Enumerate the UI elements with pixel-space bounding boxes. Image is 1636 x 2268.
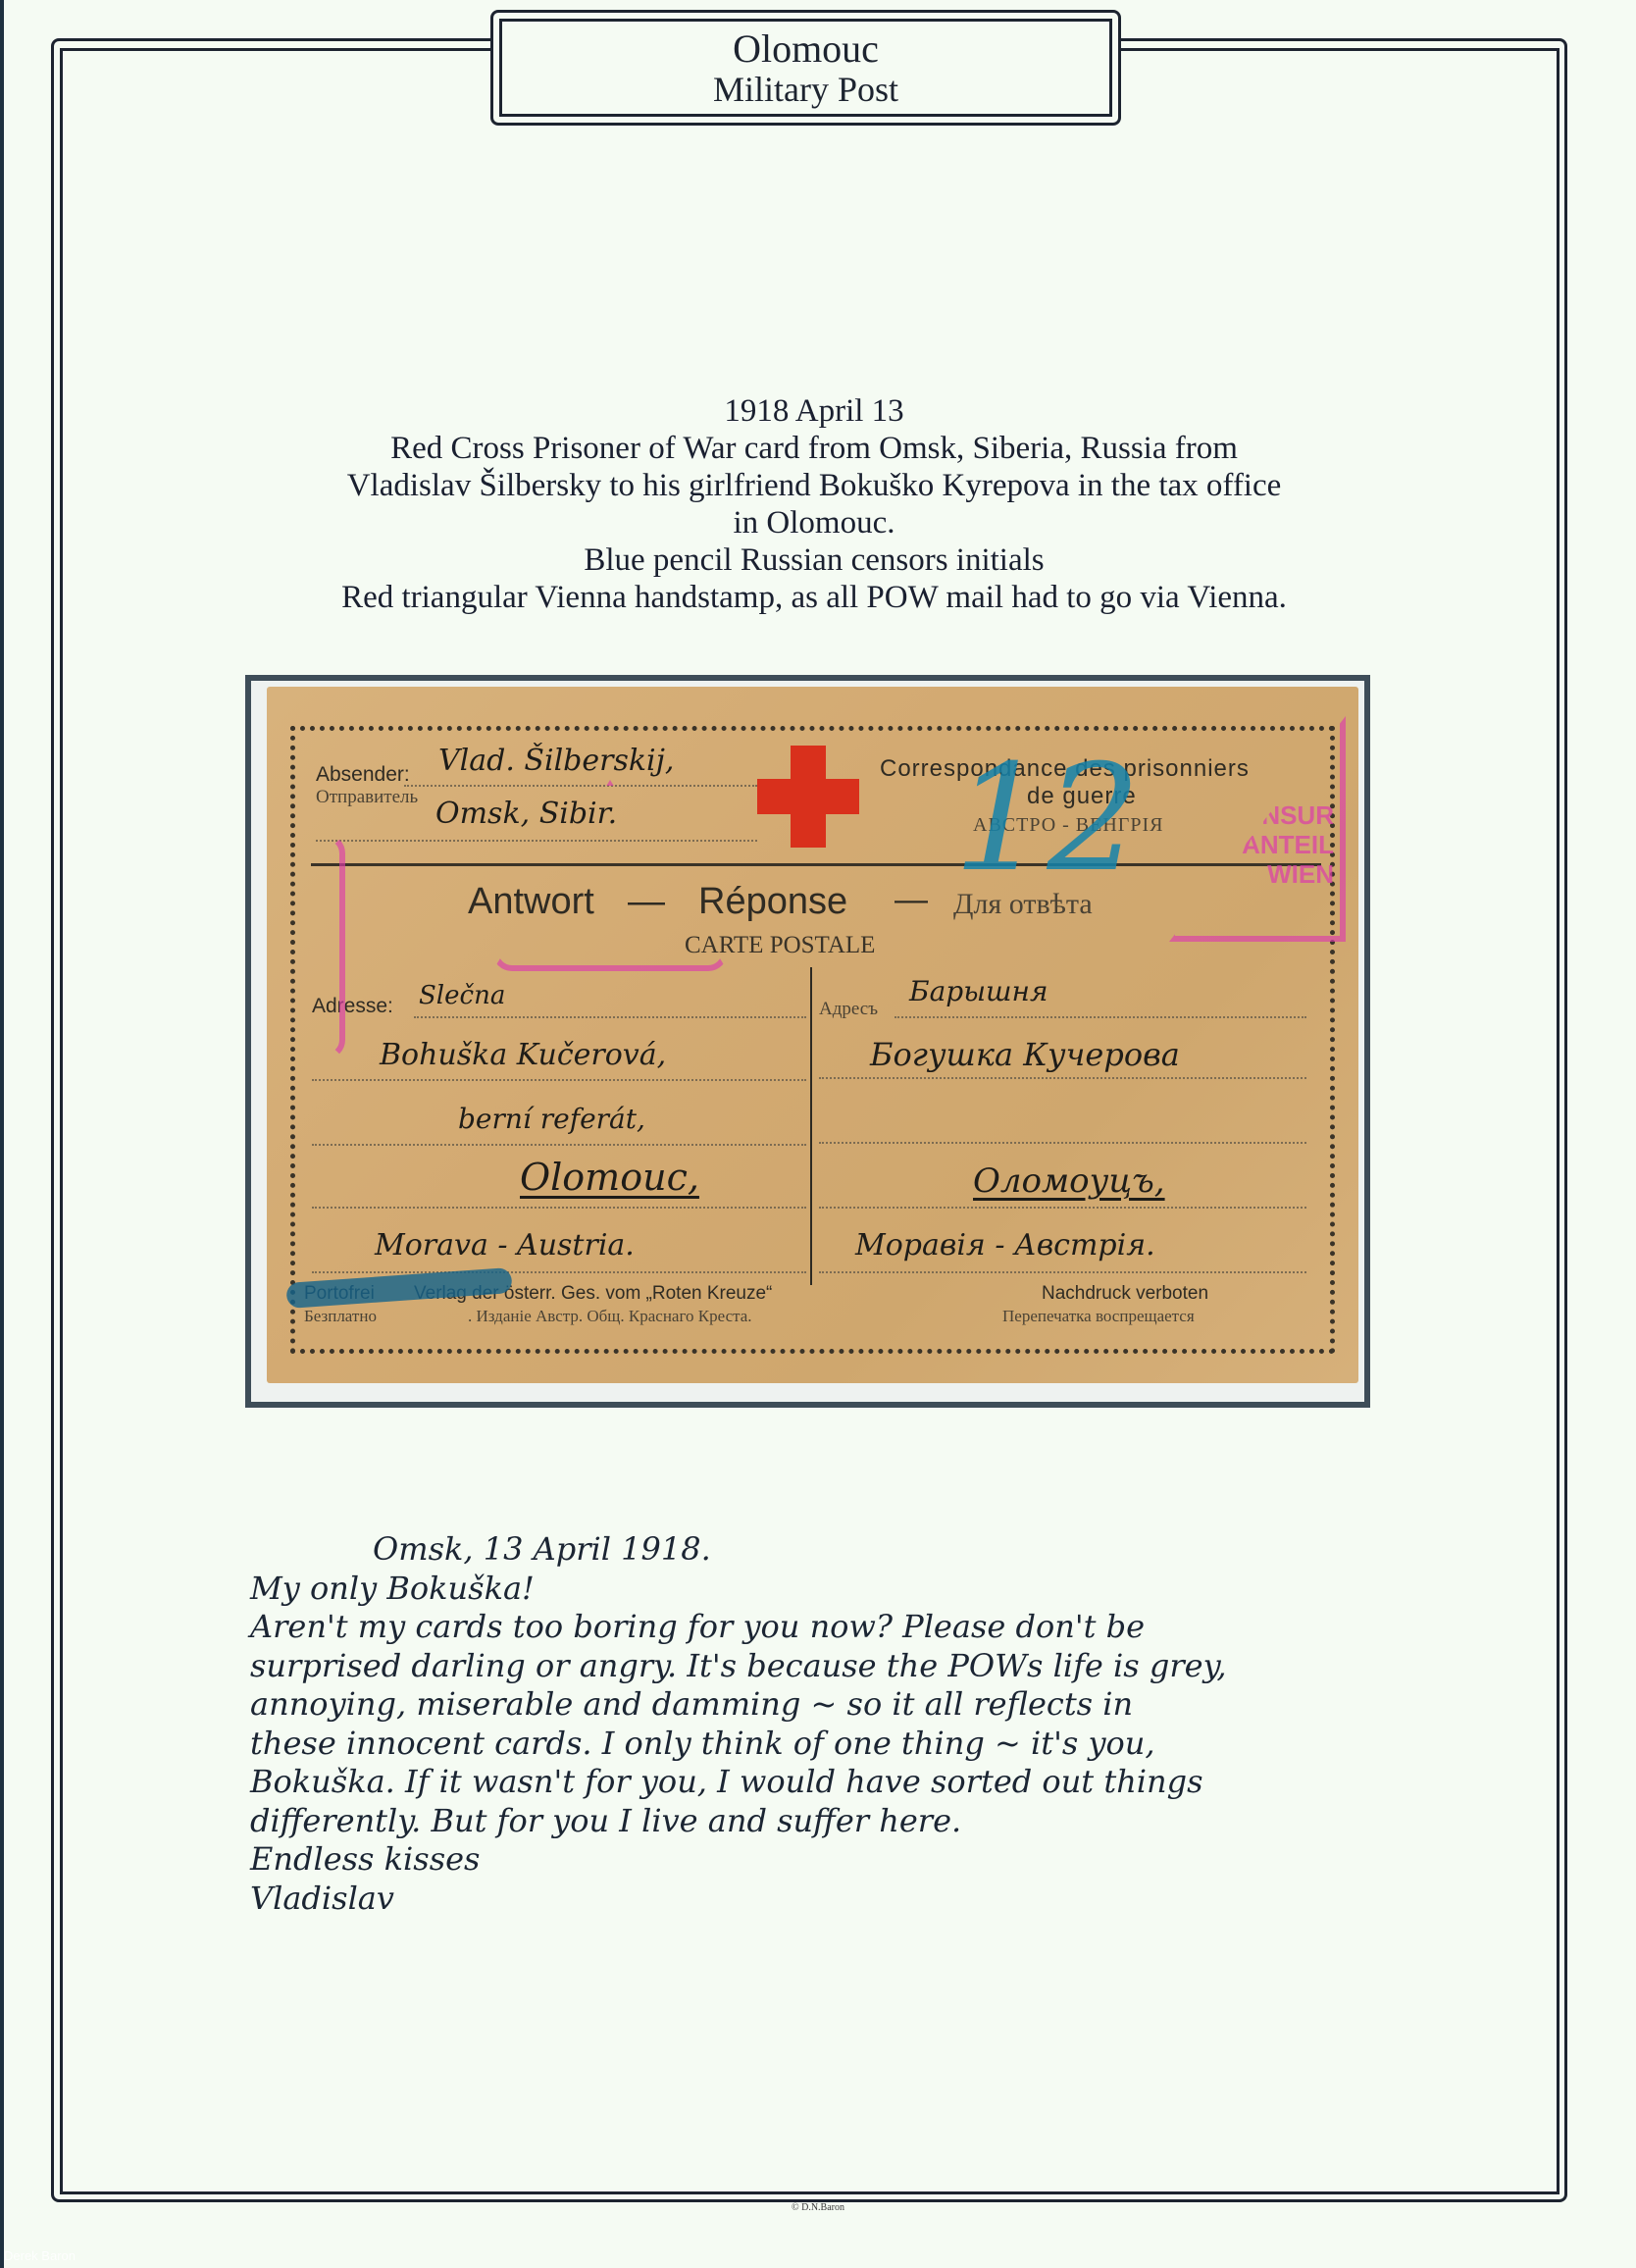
footer-ru-left: Безплатно [304,1307,377,1326]
scan-edge [0,0,4,2268]
sender-label-ru: Отправитель [316,787,418,808]
letter-line: annoying, miserable and damming ~ so it … [250,1685,1407,1725]
red-cross-icon [757,746,859,848]
letter-signature: Vladislav [250,1880,1407,1919]
letter-closing: Endless kisses [250,1840,1407,1880]
reply-fr: Réponse [698,881,847,923]
censor-initials: 12 [953,746,1141,893]
address-right-line: Богушка Кучерова [870,1036,1180,1073]
footer-ru-right: Перепечатка воспрещается [1002,1307,1195,1326]
address-line [312,1207,806,1209]
caption-line: Red Cross Prisoner of War card from Omsk… [226,430,1403,467]
sender-name: Vlad. Šilberskij, [438,744,674,778]
page-title: Olomouc [502,27,1109,71]
letter-line: My only Bokuška! [250,1570,1407,1609]
address-line [895,1016,1306,1018]
address-right-line: Оломоуцъ, [973,1161,1165,1201]
address-line [819,1207,1306,1209]
address-line [312,1079,806,1081]
address-line [312,1144,806,1146]
footer-ru-mid: . Изданіе Австр. Общ. Краснаго Креста. [468,1307,752,1326]
address-right-line: Моравія - Австрія. [855,1228,1155,1263]
caption-line: Blue pencil Russian censors initials [226,541,1403,579]
postcard: Absender: Отправитель Vlad. Šilberskij, … [267,687,1358,1383]
letter-date: Omsk, 13 April 1918. [250,1530,1407,1570]
sender-line [316,840,757,842]
address-line [414,1016,806,1018]
exhibit-caption: 1918 April 13 Red Cross Prisoner of War … [226,392,1403,616]
address-left-line: Morava - Austria. [375,1228,635,1263]
address-line [819,1271,1306,1273]
address-right-line: Барышня [909,975,1048,1007]
letter-transcription: Omsk, 13 April 1918. My only Bokuška! Ar… [250,1530,1407,1918]
letter-line: Bokuška. If it wasn't for you, I would h… [250,1763,1407,1802]
watermark: Derek Baron [4,2248,76,2263]
caption-date: 1918 April 13 [226,392,1403,430]
caption-line: Vladislav Šilbersky to his girlfriend Bo… [226,467,1403,504]
address-label-ru: Адресъ [819,999,878,1020]
sender-label-de: Absender: [316,763,410,787]
address-left-line: Slečna [419,981,505,1010]
footer-de-right: Nachdruck verboten [1042,1283,1208,1305]
address-line [819,1142,1306,1144]
address-left-line: berní referát, [458,1103,645,1135]
caption-line: Red triangular Vienna handstamp, as all … [226,579,1403,616]
reply-dash: — [895,881,928,919]
copyright-notice: © D.N.Baron [0,2202,1636,2213]
letter-line: Aren't my cards too boring for you now? … [250,1608,1407,1647]
sender-line [404,785,757,787]
address-line [819,1077,1306,1079]
title-box: Olomouc Military Post [490,10,1121,126]
address-divider [810,967,812,1285]
letter-line: these innocent cards. I only think of on… [250,1725,1407,1764]
letter-line: surprised darling or angry. It's because… [250,1647,1407,1686]
header-divider [311,863,1321,866]
address-line [312,1271,806,1273]
address-left-line: Bohuška Kučerová, [380,1038,666,1072]
address-left-line: Olomouc, [520,1156,699,1199]
letter-line: differently. But for you I live and suff… [250,1802,1407,1841]
caption-line: in Olomouc. [226,504,1403,541]
page-subtitle: Military Post [502,71,1109,108]
